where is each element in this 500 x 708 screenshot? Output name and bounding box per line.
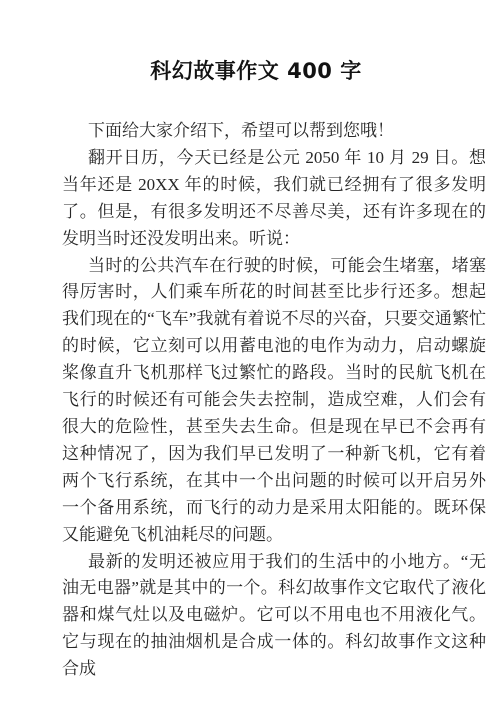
page-title: 科幻故事作文 400 字 <box>0 56 500 86</box>
paragraph-inventions: 最新的发明还被应用于我们的生活中的小地方。“无油无电器”就是其中的一个。科幻故事… <box>62 549 486 684</box>
document-page: 科幻故事作文 400 字 下面给大家介绍下，希望可以帮到您哦！ 翻开日历，今天已… <box>0 0 500 708</box>
paragraph-transport: 当时的公共汽车在行驶的时候，可能会生堵塞，堵塞得厉害时，人们乘车所花的时间甚至比… <box>62 253 486 549</box>
paragraph-calendar: 翻开日历，今天已经是公元 2050 年 10 月 29 日。想当年还是 20XX… <box>62 145 486 253</box>
document-body: 下面给大家介绍下，希望可以帮到您哦！ 翻开日历，今天已经是公元 2050 年 1… <box>62 118 486 683</box>
paragraph-intro: 下面给大家介绍下，希望可以帮到您哦！ <box>62 118 486 145</box>
